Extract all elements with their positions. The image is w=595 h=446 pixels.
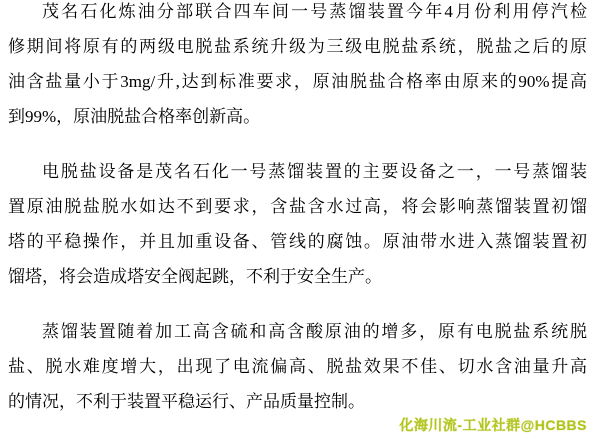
watermark-text: 化海川流-工业社群@HCBBS [399,415,587,435]
paragraph-3: 蒸馏装置随着加工高含硫和高含酸原油的增多，原有电脱盐系统脱 盐、脱水难度增大，出… [8,314,587,419]
paragraph-1: 茂名石化炼油分部联合四车间一号蒸馏装置今年4月份利用停汽检 修期间将原有的两级电… [8,0,587,134]
text-line: 到99%，原油脱盐合格率创新高。 [8,99,587,134]
text-line: 茂名石化炼油分部联合四车间一号蒸馏装置今年4月份利用停汽检 [8,0,587,29]
text-line: 电脱盐设备是茂名石化一号蒸馏装置的主要设备之一，一号蒸馏装 [8,154,587,189]
paragraph-2: 电脱盐设备是茂名石化一号蒸馏装置的主要设备之一，一号蒸馏装 置原油脱盐脱水如达不… [8,154,587,294]
article-body: 茂名石化炼油分部联合四车间一号蒸馏装置今年4月份利用停汽检 修期间将原有的两级电… [8,0,587,419]
text-line: 修期间将原有的两级电脱盐系统升级为三级电脱盐系统，脱盐之后的原 [8,29,587,64]
text-line: 馏塔，将会造成塔安全阀起跳，不利于安全生产。 [8,259,587,294]
text-line: 的情况，不利于装置平稳运行、产品质量控制。 [8,384,587,419]
text-line: 塔的平稳操作，并且加重设备、管线的腐蚀。原油带水进入蒸馏装置初 [8,224,587,259]
text-line: 蒸馏装置随着加工高含硫和高含酸原油的增多，原有电脱盐系统脱 [8,314,587,349]
document-page: 茂名石化炼油分部联合四车间一号蒸馏装置今年4月份利用停汽检 修期间将原有的两级电… [0,0,595,440]
text-line: 盐、脱水难度增大，出现了电流偏高、脱盐效果不佳、切水含油量升高 [8,349,587,384]
text-line: 置原油脱盐脱水如达不到要求，含盐含水过高，将会影响蒸馏装置初馏 [8,189,587,224]
text-line: 油含盐量小于3mg/升,达到标准要求，原油脱盐合格率由原来的90%提高 [8,64,587,99]
